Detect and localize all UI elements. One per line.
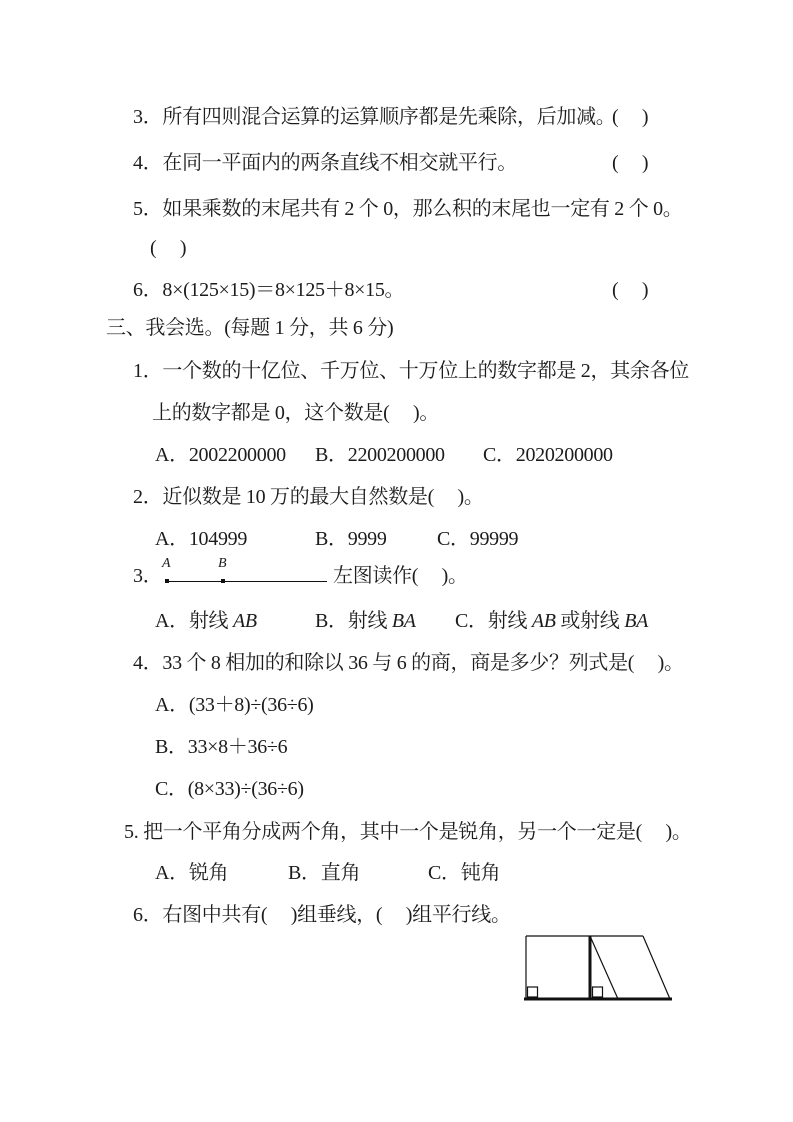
choice-q1-option-c: C．2020200000 [483,443,613,467]
right-angle-mark-left [528,987,538,997]
judge-item-4: 4．在同一平面内的两条直线不相交就平行。 [133,151,517,175]
judge-item-3-answer-blank: ( ) [612,105,648,129]
option-c-ray-name-2: BA [624,610,648,632]
section-heading-choice: 三、我会选。(每题 1 分，共 6 分) [106,316,393,340]
option-a-text: A．射线 [155,610,233,632]
choice-q3-number: 3． [133,564,162,588]
choice-q2-stem: 2．近似数是 10 万的最大自然数是( )。 [133,485,484,509]
option-b-text: B．射线 [315,610,392,632]
ray-line [167,581,327,582]
ray-point-b-label: B [218,557,227,571]
choice-q3-option-a: A．射线 AB [155,609,257,633]
choice-q1-option-a: A．2002200000 [155,443,286,467]
judge-item-6: 6．8×(125×15)＝8×125＋8×15。 [133,278,404,302]
option-c-text: C．射线 [455,610,532,632]
judge-item-5: 5．如果乘数的末尾共有 2 个 0，那么积的末尾也一定有 2 个 0。 [133,197,683,221]
choice-q4-stem: 4．33 个 8 相加的和除以 36 与 6 的商，商是多少？列式是( )。 [133,651,684,675]
choice-q5-option-b: B．直角 [288,861,360,885]
judge-item-3: 3．所有四则混合运算的运算顺序都是先乘除，后加减。 [133,105,616,129]
judge-item-5-answer-blank: ( ) [150,236,186,260]
ray-point-a-label: A [162,557,171,571]
choice-q2-option-a: A．104999 [155,527,247,551]
figure-parallelogram-left-slant [590,936,618,999]
choice-q4-option-b: B．33×8＋36÷6 [155,735,287,759]
geometry-figure [522,933,674,1003]
option-c-mid-text: 或射线 [556,610,625,632]
choice-q3-stem-suffix: 左图读作( )。 [333,564,468,588]
judge-item-4-answer-blank: ( ) [612,151,648,175]
choice-q1-stem-line2: 上的数字都是 0，这个数是( )。 [152,401,439,425]
test-paper-page: 3．所有四则混合运算的运算顺序都是先乘除，后加减。 ( ) 4．在同一平面内的两… [0,0,793,1122]
choice-q4-option-c: C．(8×33)÷(36÷6) [155,777,304,801]
option-a-ray-name: AB [233,610,257,632]
option-b-ray-name: BA [392,610,416,632]
choice-q4-option-a: A．(33＋8)÷(36÷6) [155,693,314,717]
figure-parallelogram-right-slant [643,936,670,999]
choice-q5-option-c: C．钝角 [428,861,500,885]
choice-q2-option-c: C．99999 [437,527,518,551]
choice-q6-stem: 6．右图中共有( )组垂线，( )组平行线。 [133,903,511,927]
right-angle-mark-middle [593,987,603,997]
choice-q2-option-b: B．9999 [315,527,387,551]
choice-q3-option-c: C．射线 AB 或射线 BA [455,609,648,633]
option-c-ray-name-1: AB [532,610,556,632]
choice-q1-stem-line1: 1．一个数的十亿位、千万位、十万位上的数字都是 2，其余各位 [133,359,689,383]
choice-q3-option-b: B．射线 BA [315,609,416,633]
choice-q5-stem: 5. 把一个平角分成两个角，其中一个是锐角，另一个一定是( )。 [124,820,692,844]
choice-q5-option-a: A．锐角 [155,861,228,885]
judge-item-6-answer-blank: ( ) [612,278,648,302]
choice-q1-option-b: B．2200200000 [315,443,445,467]
